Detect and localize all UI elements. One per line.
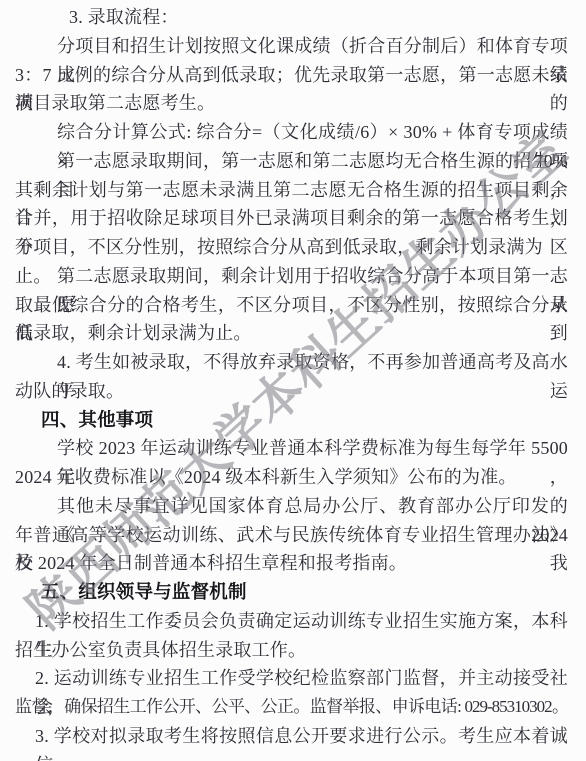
text-line: 招生办公室负责具体招生录取工作。	[15, 636, 568, 665]
document-page: 3. 录取流程：分项目和招生计划按照文化课成绩（折合百分制后）和体育专项成绩3：…	[0, 0, 586, 761]
text-line: 1. 学校招生工作委员会负责确定运动训练专业招生实施方案，本科生	[15, 607, 568, 636]
text-line: 2. 运动训练专业招生工作受学校纪检监察部门监督，并主动接受社会	[15, 664, 568, 693]
section-heading: 五、组织领导与监督机制	[15, 578, 568, 607]
text-line: 4. 考生如被录取，不得放弃录取资格，不再参加普通高考及高水平运	[15, 348, 568, 377]
text-line: 其剩余计划与第一志愿未录满且第二志愿无合格生源的招生项目剩余计划	[15, 176, 568, 205]
text-line: 分项目和招生计划按照文化课成绩（折合百分制后）和体育专项成绩	[15, 32, 568, 61]
text-line: 第一志愿录取期间，第一志愿和第二志愿均无合格生源的招生项目，	[15, 147, 568, 176]
text-line: 3：7 比例的综合分从高到低录取；优先录取第一志愿，第一志愿未录满的	[15, 61, 568, 90]
document-lines: 3. 录取流程：分项目和招生计划按照文化课成绩（折合百分制后）和体育专项成绩3：…	[15, 3, 568, 751]
text-line: 3. 学校对拟录取考生将按照信息公开要求进行公示。考生应本着诚信	[15, 722, 568, 751]
text-line: 2024 年收费标准以《2024 级本科新生入学须知》公布的为准。	[15, 463, 568, 492]
text-line: 取最低综合分的合格考生，不区分项目，不区分性别，按照综合分从高到	[15, 291, 568, 320]
text-line: 第二志愿录取期间，剩余计划用于招收综合分高于本项目第一志愿录	[15, 262, 568, 291]
text-line: 年普通高等学校运动训练、武术与民族传统体育专业招生管理办法》及我	[15, 521, 568, 550]
text-line: 合并，用于招收除足球项目外已录满项目剩余的第一志愿合格考生，不区	[15, 204, 568, 233]
text-line: 监督，确保招生工作公开、公平、公正。监督举报、申诉电话: 029-8531030…	[15, 693, 568, 722]
text-line: 3. 录取流程：	[15, 3, 568, 32]
text-line: 分项目，不区分性别，按照综合分从高到低录取，剩余计划录满为止。	[15, 233, 568, 262]
text-line: 综合分计算公式: 综合分=（文化成绩/6）× 30% + 体育专项成绩 × 70…	[15, 118, 568, 147]
text-line: 学校 2023 年运动训练专业普通本科学费标准为每生每学年 5500 元，	[15, 434, 568, 463]
section-heading: 四、其他事项	[15, 406, 568, 435]
text-line: 其他未尽事宜详见国家体育总局办公厅、教育部办公厅印发的《2024	[15, 492, 568, 521]
